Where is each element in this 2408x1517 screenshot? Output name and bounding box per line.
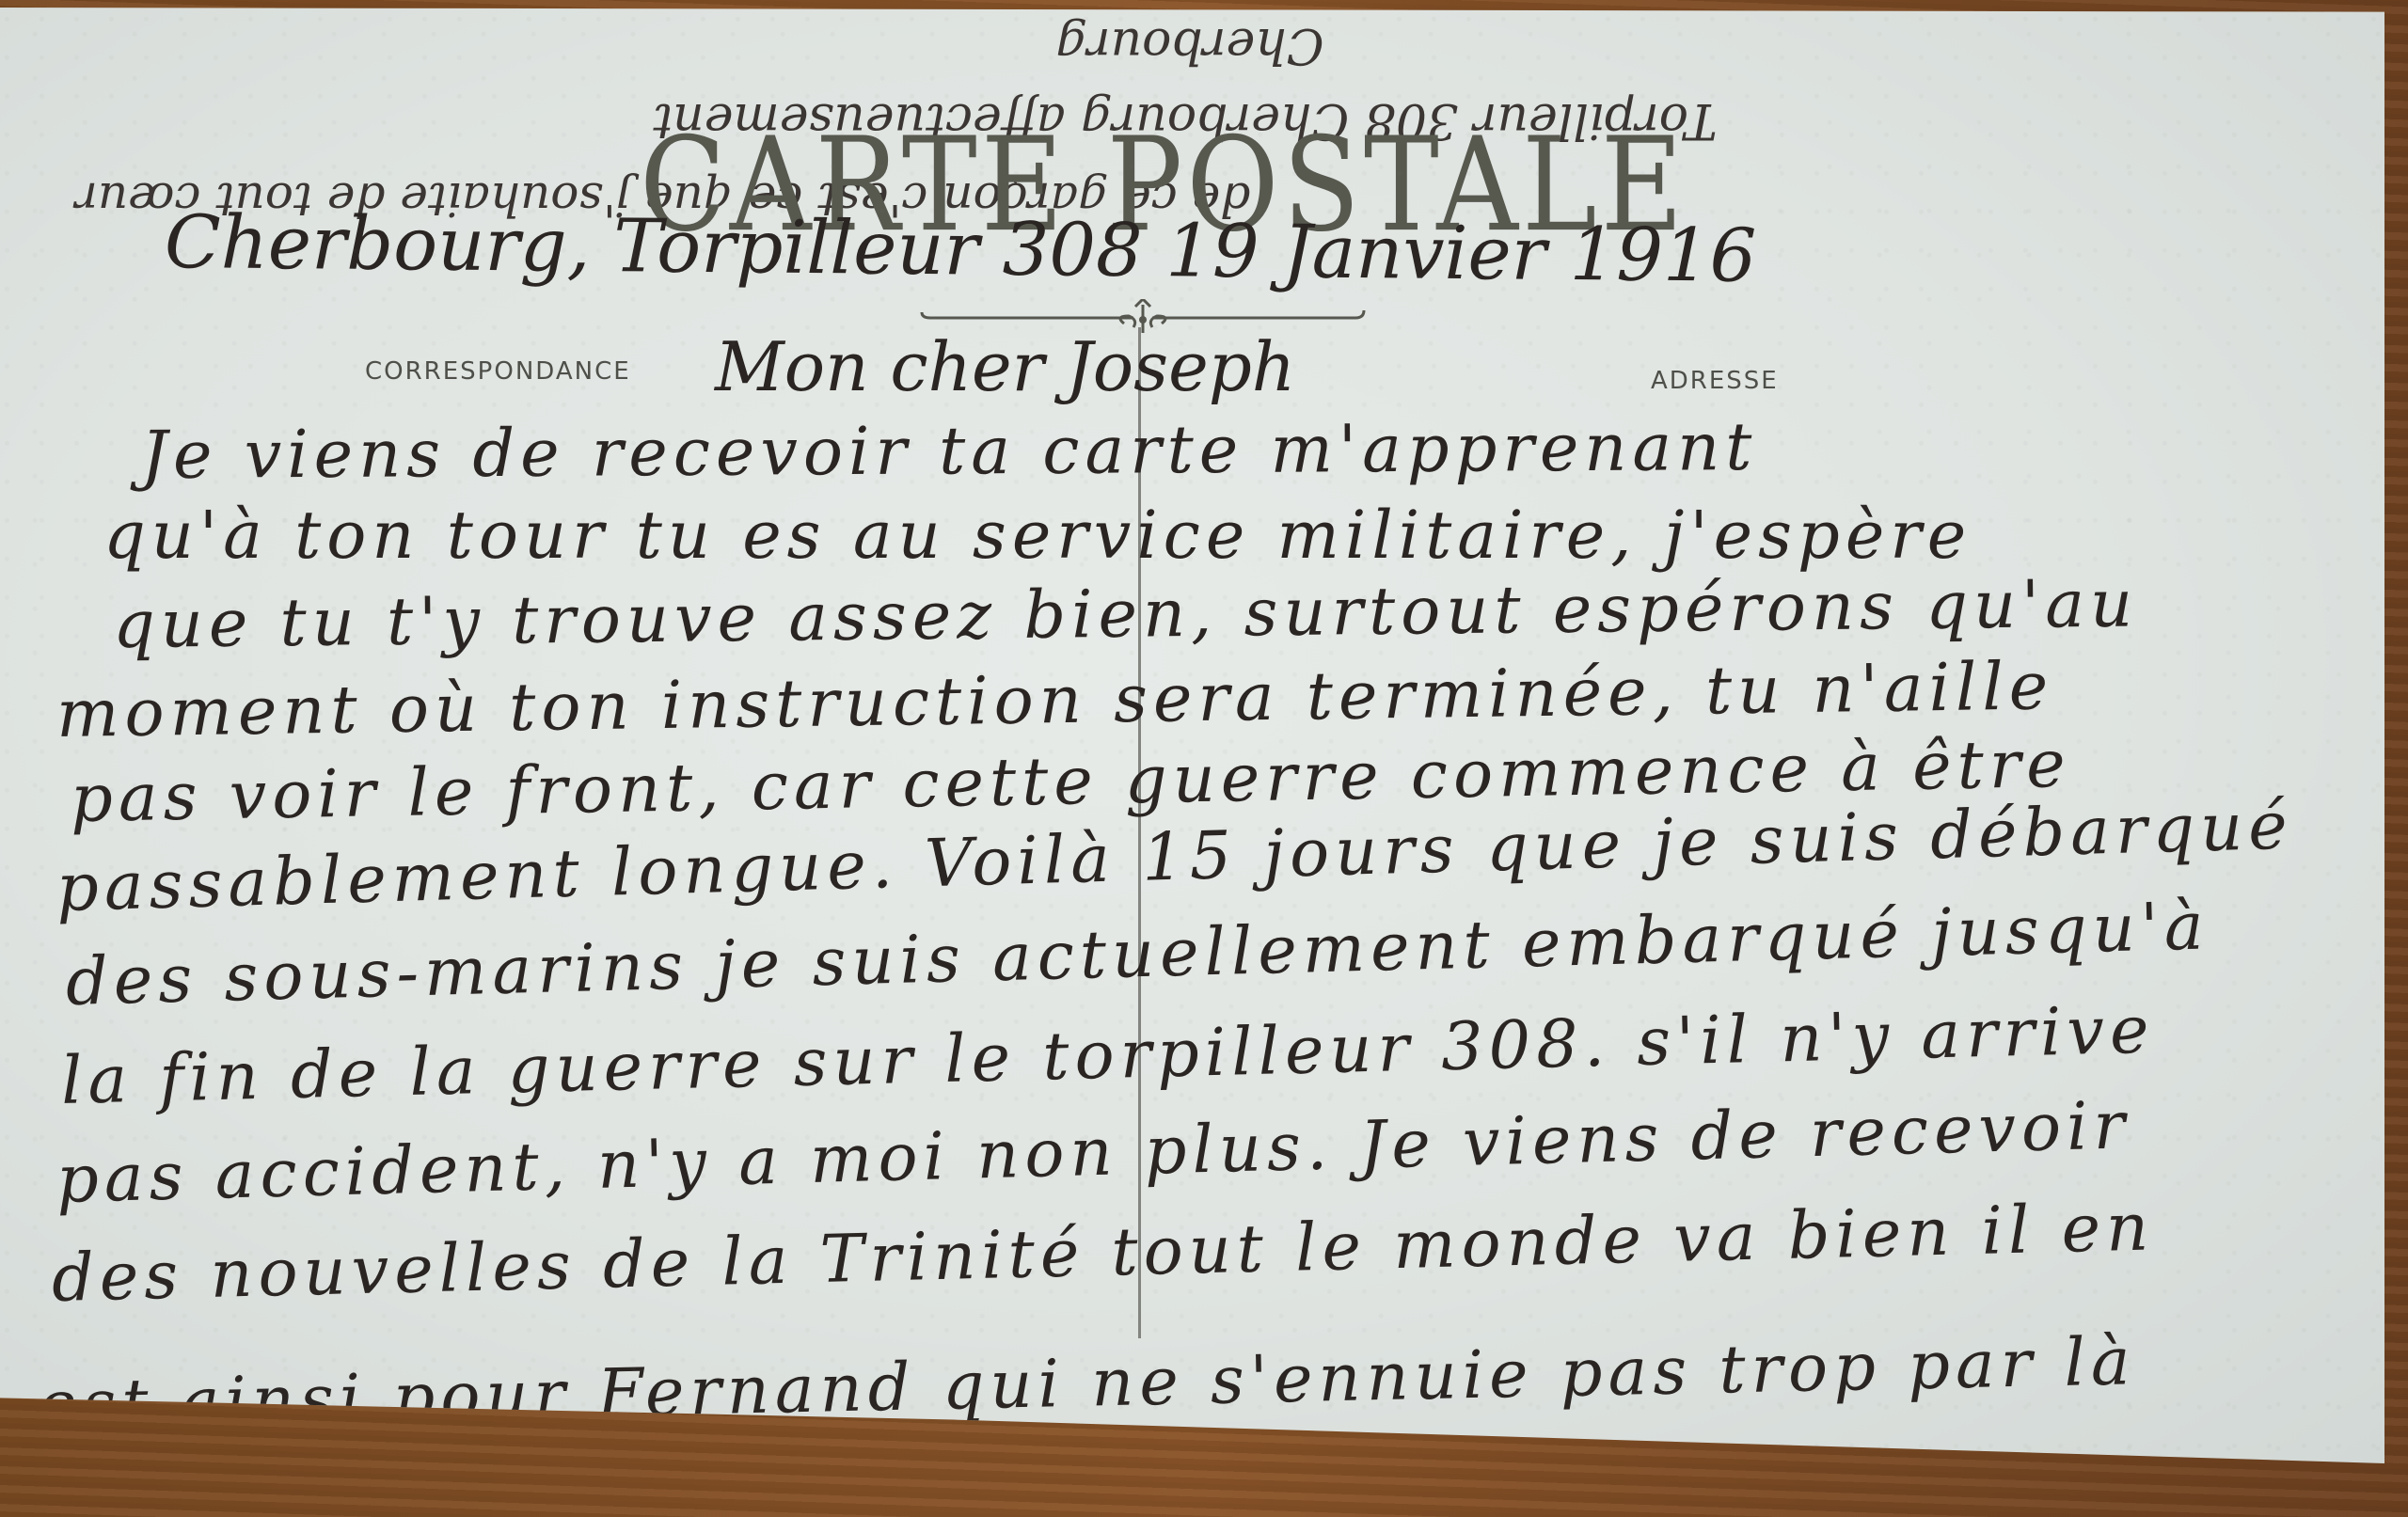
letter-line: que tu t'y trouve assez bien, surtout es… <box>113 564 2139 663</box>
letter-header: Cherbourg, Torpilleur 308 19 Janvier 191… <box>165 200 1757 299</box>
letter-greeting: Mon cher Joseph <box>715 327 1295 406</box>
upside-down-signature: Cherbourg <box>38 17 2342 73</box>
adresse-label: ADRESSE <box>1651 367 1779 395</box>
letter-line: qu'à ton tour tu es au service militaire… <box>103 497 1972 574</box>
correspondance-label: CORRESPONDANCE <box>365 357 631 386</box>
letter-line: Je viens de recevoir ta carte m'apprenan… <box>141 408 1758 494</box>
postcard: Cherbourg Torpilleur 308 Cherbourg affec… <box>0 8 2384 1463</box>
